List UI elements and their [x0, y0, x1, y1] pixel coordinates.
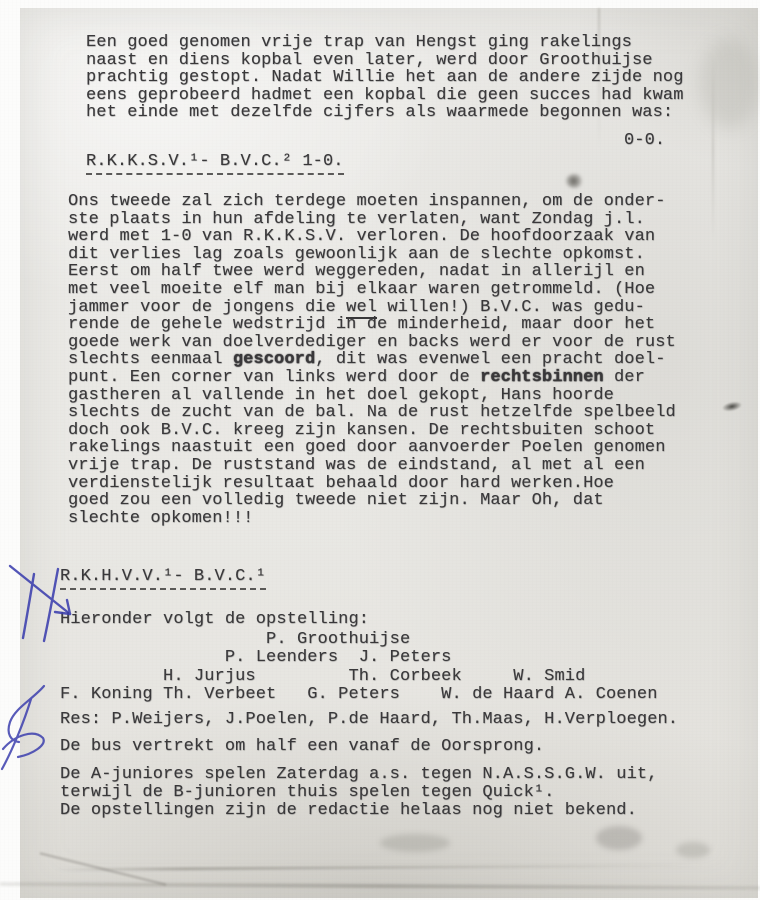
text-line: het einde met dezelfde cijfers als waarm… [86, 104, 684, 122]
lineup-formation: P. Groothuijse P. Leenders J. Peters H. … [60, 631, 658, 705]
text-line: gastheren al vallende in het doel gekopt… [68, 387, 676, 405]
match-heading-1-text: R.K.K.S.V.¹- B.V.C.² 1-0. [86, 153, 344, 175]
match-score: 0-0. [86, 132, 684, 150]
text-line: dit verlies lag zoals gewoonlijk aan de … [68, 246, 676, 264]
text-line: goede werk van doelverdediger en backs w… [68, 334, 676, 352]
text-line: rakelings naastuit een goed door aanvoer… [68, 439, 676, 457]
text-line: terwijl de B-junioren thuis spelen tegen… [60, 784, 658, 802]
text-line: prachtig gestopt. Nadat Willie het aan d… [86, 69, 684, 87]
text-segment: jammer voor de jongens die [68, 298, 346, 317]
text-line: naast en diens kopbal even later, werd d… [86, 52, 684, 70]
text-line: ste plaats in hun afdeling te verlaten, … [68, 211, 676, 229]
lineup-row-forwards: F. Koning Th. Verbeet G. Peters W. de Ha… [60, 686, 658, 704]
match-heading-2: R.K.H.V.V.¹- B.V.C.¹ [60, 568, 266, 590]
text-line: doch ook B.V.C. kreeg zijn kansen. De re… [68, 422, 676, 440]
intro-paragraph: Een goed genomen vrije trap van Hengst g… [86, 34, 684, 150]
text-line: jammer voor de jongens die wel willen!) … [68, 299, 676, 317]
text-segment: punt. Een corner van links werd door de [68, 368, 480, 387]
lineup-row-backs: P. Leenders J. Peters [60, 649, 658, 667]
overtyped-word: rechtsbinnen [480, 368, 604, 387]
lineup-row-keeper: P. Groothuijse [60, 631, 658, 649]
text-line: De opstellingen zijn de redactie helaas … [60, 802, 658, 820]
text-line: eens geprobeerd hadmet een kopbal die ge… [86, 87, 684, 105]
text-segment: , dit was evenwel een pracht doel- [315, 350, 665, 369]
text-line: Een goed genomen vrije trap van Hengst g… [86, 34, 684, 52]
bus-line: De bus vertrekt om half een vanaf de Oor… [60, 738, 544, 756]
text-line: Eerst om half twee werd weggereden, nada… [68, 263, 676, 281]
text-line: Hieronder volgt de opstelling: [60, 611, 369, 629]
reserves-line: Res: P.Weijers, J.Poelen, P.de Haard, Th… [60, 711, 678, 729]
text-segment: slechts eenmaal [68, 350, 233, 369]
scanned-page: Een goed genomen vrije trap van Hengst g… [0, 0, 760, 900]
text-line: verdienstelijk resultaat behaald door ha… [68, 475, 676, 493]
lineup-row-midfield: H. Jurjus Th. Corbeek W. Smid [60, 668, 658, 686]
text-segment: der [604, 368, 645, 387]
overtyped-word: gescoord [233, 350, 315, 369]
match-heading-2-text: R.K.H.V.V.¹- B.V.C.¹ [60, 568, 266, 590]
text-line: De bus vertrekt om half een vanaf de Oor… [60, 738, 544, 756]
text-line: punt. Een corner van links werd door de … [68, 369, 676, 387]
juniors-paragraph: De A-juniores spelen Zaterdag a.s. tegen… [60, 766, 658, 821]
text-line: werd met 1-0 van R.K.K.S.V. verloren. De… [68, 228, 676, 246]
text-line: Res: P.Weijers, J.Poelen, P.de Haard, Th… [60, 711, 678, 729]
text-line: vrije trap. De ruststand was de eindstan… [68, 457, 676, 475]
text-line: rende de gehele wedstrijd in de minderhe… [68, 316, 676, 334]
text-line: Ons tweede zal zich terdege moeten inspa… [68, 193, 676, 211]
text-line: De A-juniores spelen Zaterdag a.s. tegen… [60, 766, 658, 784]
text-segment: willen!) B.V.C. was gedu- [377, 298, 645, 317]
text-line: slechts de zucht van de bal. Na de rust … [68, 404, 676, 422]
match-heading-1: R.K.K.S.V.¹- B.V.C.² 1-0. [86, 153, 344, 175]
text-line: goed zou een volledig tweede niet zijn. … [68, 492, 676, 510]
text-line: slechts eenmaal gescoord, dit was evenwe… [68, 351, 676, 369]
match-report-paragraph: Ons tweede zal zich terdege moeten inspa… [68, 193, 676, 527]
text-line: slechte opkomen!!! [68, 510, 676, 528]
text-line: met veel moeite elf man bij elkaar waren… [68, 281, 676, 299]
lineup-intro: Hieronder volgt de opstelling: [60, 611, 369, 629]
